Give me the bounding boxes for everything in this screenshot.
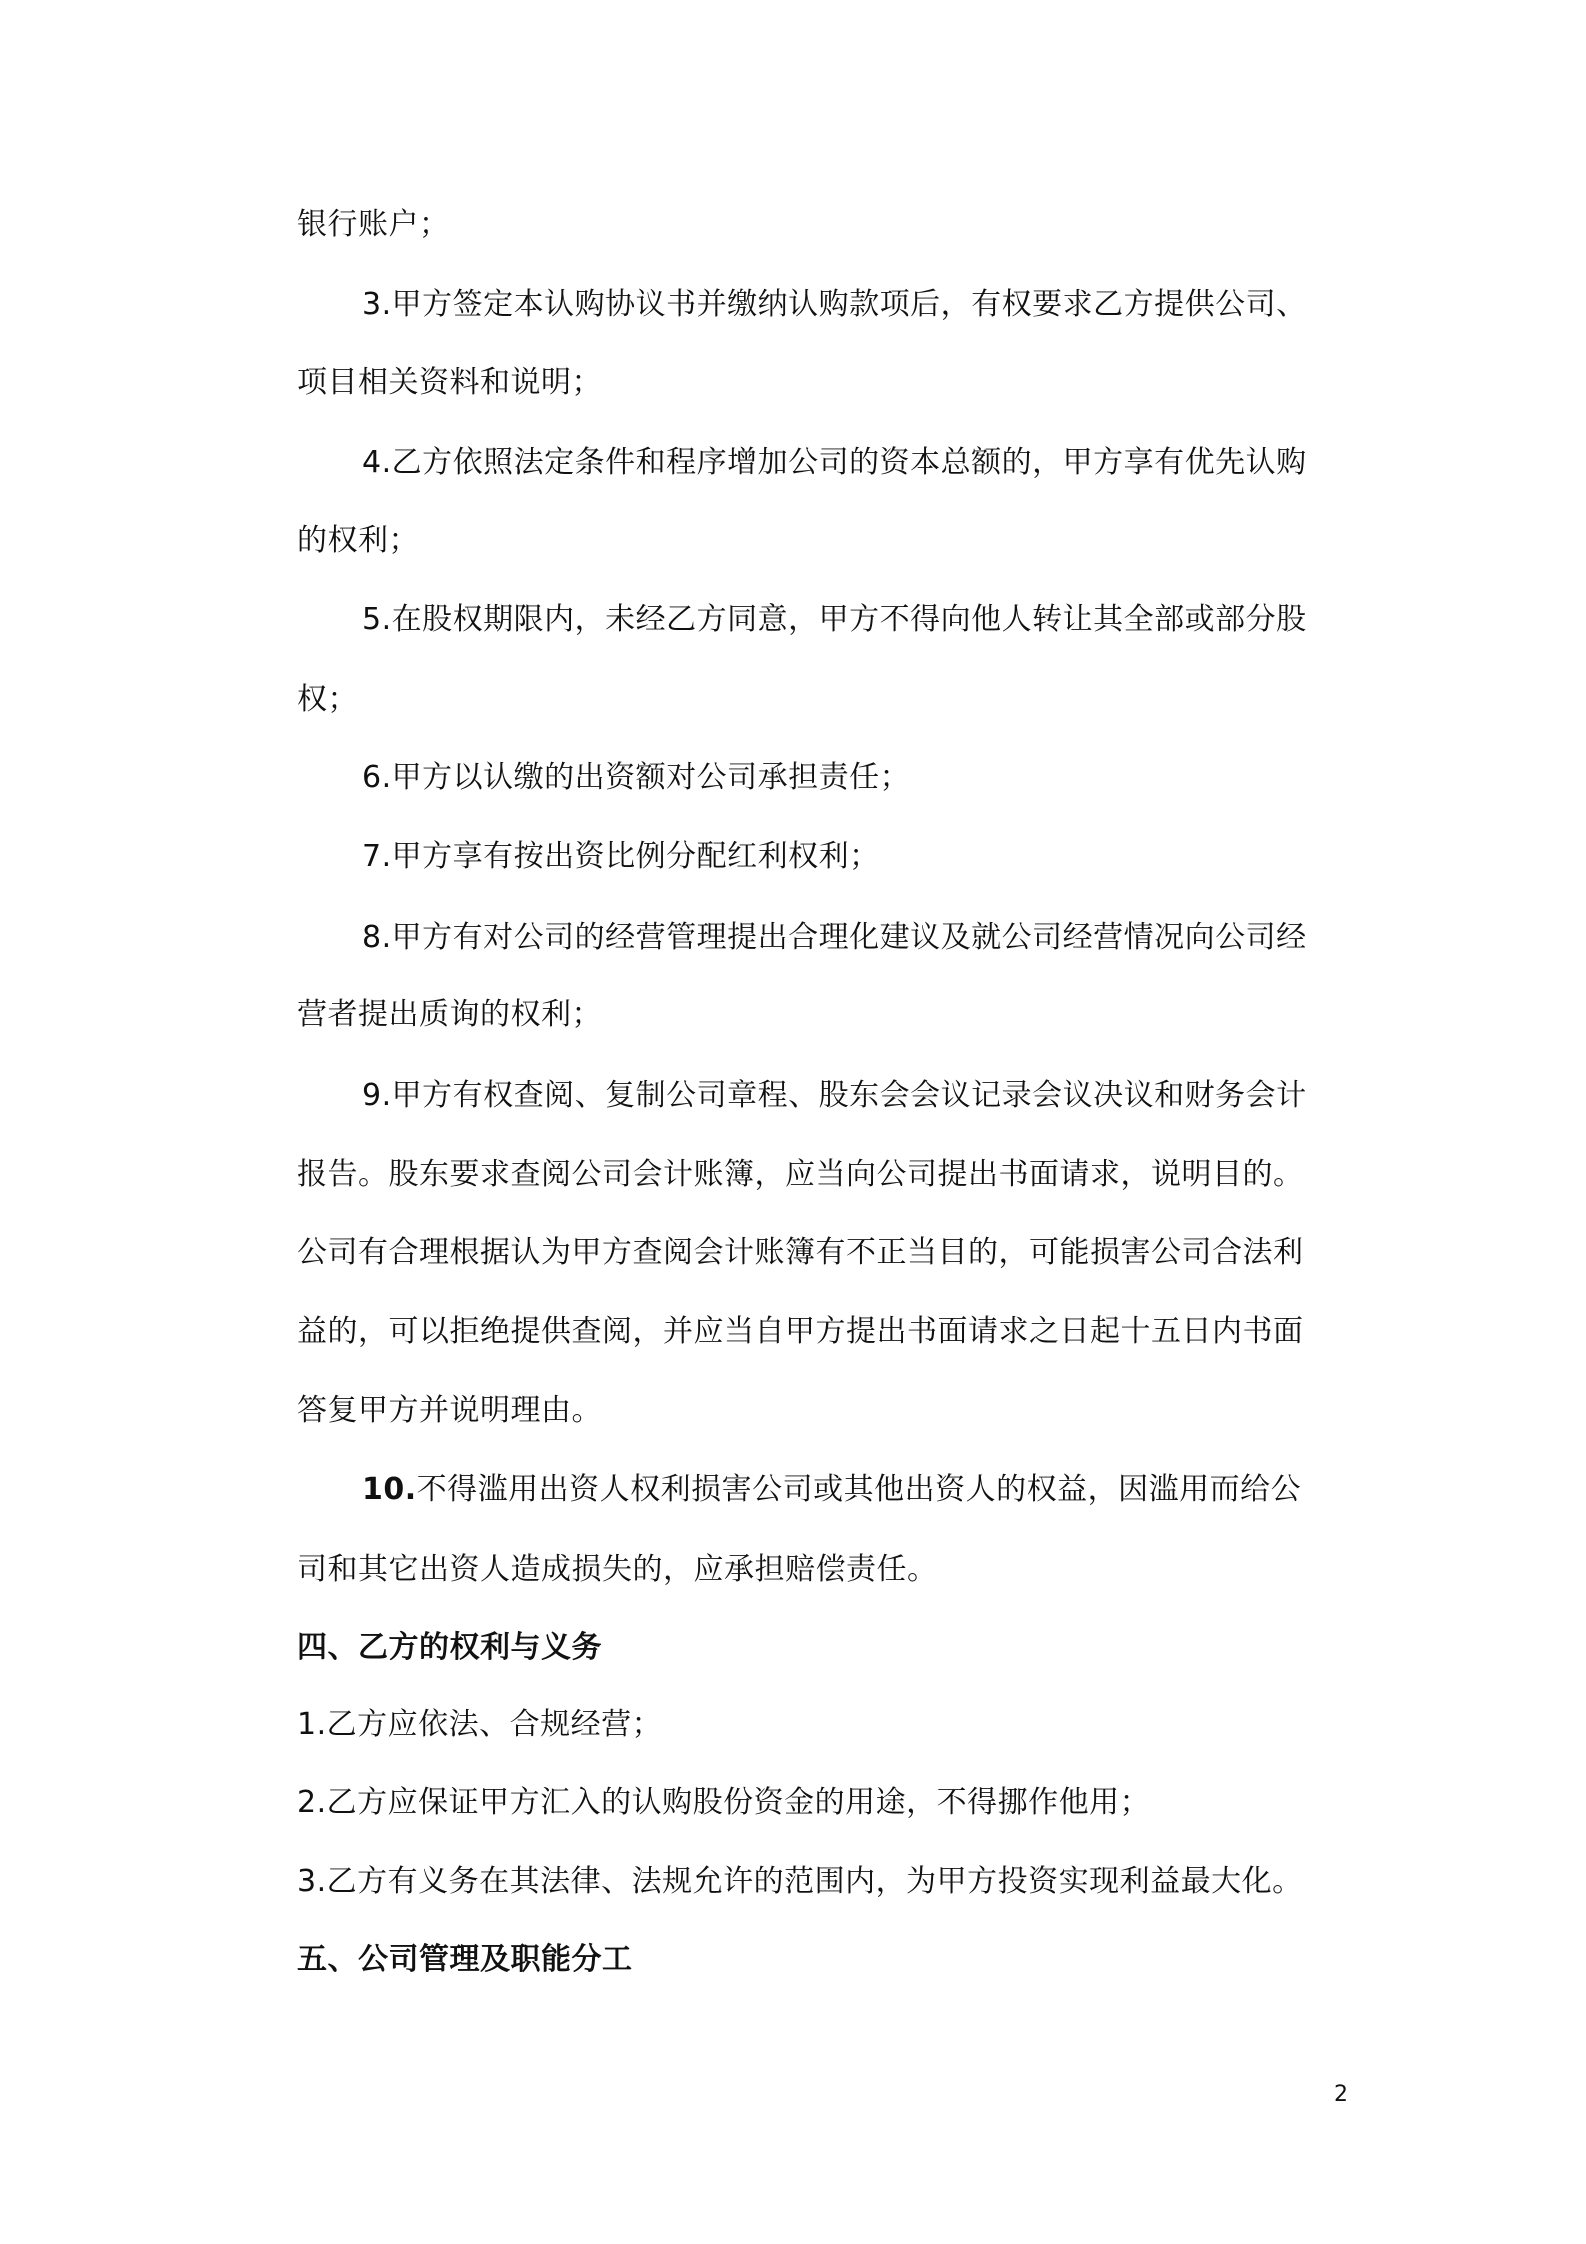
paragraph-line: 权； <box>297 680 358 720</box>
clause-text: 不得滥用出资人权利损害公司或其他出资人的权益，因滥用而给公 <box>417 1472 1302 1507</box>
section-heading-4: 四、乙方的权利与义务 <box>297 1628 602 1668</box>
clause-9-line: 9.甲方有权查阅、复制公司章程、股东会会议记录会议决议和财务会计 <box>362 1076 1307 1116</box>
clause-10-line: 10.不得滥用出资人权利损害公司或其他出资人的权益，因滥用而给公 <box>362 1470 1301 1510</box>
paragraph-line: 答复甲方并说明理由。 <box>297 1391 602 1431</box>
paragraph-line: 营者提出质询的权利； <box>297 995 602 1035</box>
clause-7-line: 7.甲方享有按出资比例分配红利权利； <box>362 837 880 877</box>
paragraph-line: 的权利； <box>297 521 419 561</box>
paragraph-line: 益的，可以拒绝提供查阅，并应当自甲方提出书面请求之日起十五日内书面 <box>297 1312 1304 1352</box>
clause-8-line: 8.甲方有对公司的经营管理提出合理化建议及就公司经营情况向公司经 <box>362 918 1307 958</box>
obligation-3-line: 3.乙方有义务在其法律、法规允许的范围内，为甲方投资实现利益最大化。 <box>297 1862 1303 1902</box>
clause-number: 10. <box>362 1472 417 1507</box>
paragraph-line: 公司有合理根据认为甲方查阅会计账簿有不正当目的，可能损害公司合法利 <box>297 1233 1304 1273</box>
page-number: 2 <box>1334 2080 1348 2110</box>
obligation-2-line: 2.乙方应保证甲方汇入的认购股份资金的用途，不得挪作他用； <box>297 1783 1150 1823</box>
paragraph-line: 项目相关资料和说明； <box>297 363 602 403</box>
clause-5-line: 5.在股权期限内，未经乙方同意，甲方不得向他人转让其全部或部分股 <box>362 600 1307 640</box>
obligation-1-line: 1.乙方应依法、合规经营； <box>297 1705 662 1745</box>
document-page: 银行账户； 3.甲方签定本认购协议书并缴纳认购款项后，有权要求乙方提供公司、 项… <box>0 0 1586 2244</box>
paragraph-line: 银行账户； <box>297 205 450 245</box>
section-heading-5: 五、公司管理及职能分工 <box>297 1940 633 1980</box>
paragraph-line: 司和其它出资人造成损失的，应承担赔偿责任。 <box>297 1550 938 1590</box>
clause-6-line: 6.甲方以认缴的出资额对公司承担责任； <box>362 758 910 798</box>
clause-3-line: 3.甲方签定本认购协议书并缴纳认购款项后，有权要求乙方提供公司、 <box>362 285 1307 325</box>
clause-4-line: 4.乙方依照法定条件和程序增加公司的资本总额的，甲方享有优先认购 <box>362 443 1307 483</box>
paragraph-line: 报告。股东要求查阅公司会计账簿，应当向公司提出书面请求，说明目的。 <box>297 1155 1304 1195</box>
